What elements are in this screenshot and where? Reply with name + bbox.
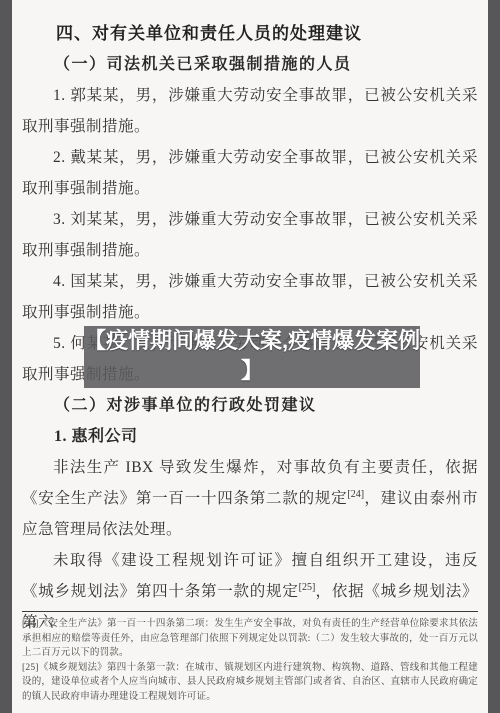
footnote-ref-24: [24] [347,489,364,500]
penalty-paragraph-1: 非法生产 IBX 导致发生爆炸，对事故负有主要责任，依据《安全生产法》第一百一十… [22,452,478,545]
person-item-3: 3. 刘某某，男，涉嫌重大劳动安全事故罪，已被公安机关采取刑事强制措施。 [22,204,478,266]
right-margin-bar [488,0,500,713]
footnote-24-text: 《安全生产法》第一百一十四条第二项：发生生产安全事故，对负有责任的生产经营单位除… [22,619,478,658]
watermark-line-2: 】 [84,356,420,386]
footnote-25: [25]《城乡规划法》第四十条第一款：在城市、镇规划区内进行建筑物、构筑物、道路… [22,661,478,705]
section-heading: 四、对有关单位和责任人员的处理建议 [22,18,478,49]
watermark-overlay: 【疫情期间爆发大案,疫情爆发案例 】 [84,326,420,388]
footnote-25-text: 《城乡规划法》第四十条第一款：在城市、镇规划区内进行建筑物、构筑物、道路、管线和… [22,663,478,702]
person-item-1: 1. 郭某某，男，涉嫌重大劳动安全事故罪，已被公安机关采取刑事强制措施。 [22,80,478,142]
footnote-block: [24]《安全生产法》第一百一十四条第二项：发生生产安全事故，对负有责任的生产经… [22,611,478,704]
footnote-24-marker: [24] [22,619,39,629]
footnote-25-marker: [25] [22,663,39,673]
subsection2-title: （二）对涉事单位的行政处罚建议 [22,390,478,421]
person-item-2: 2. 戴某某，男，涉嫌重大劳动安全事故罪，已被公安机关采取刑事强制措施。 [22,142,478,204]
document-page-screenshot: 四、对有关单位和责任人员的处理建议 （一）司法机关已采取强制措施的人员 1. 郭… [0,0,500,713]
person-item-4: 4. 国某某，男，涉嫌重大劳动安全事故罪，已被公安机关采取刑事强制措施。 [22,266,478,328]
left-margin-bar [0,0,12,713]
footnote-ref-25: [25] [299,582,316,593]
company-heading: 1. 惠利公司 [22,421,478,452]
subsection1-title: （一）司法机关已采取强制措施的人员 [22,49,478,80]
watermark-line-1: 【疫情期间爆发大案,疫情爆发案例 [84,326,420,356]
footnote-24: [24]《安全生产法》第一百一十四条第二项：发生生产安全事故，对负有责任的生产经… [22,617,478,661]
